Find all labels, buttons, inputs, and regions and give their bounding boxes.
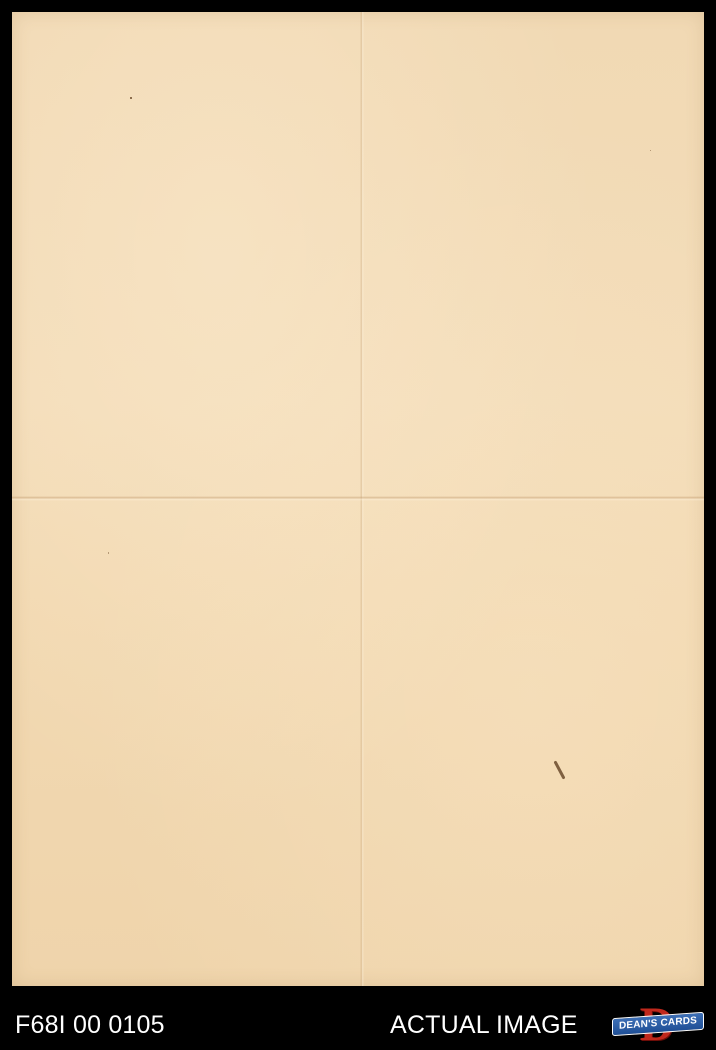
paper-sheet (12, 12, 704, 986)
deans-cards-logo: D DEAN'S CARDS (610, 1003, 706, 1047)
logo-banner: DEAN'S CARDS (612, 1012, 704, 1036)
paper-speck (650, 150, 651, 151)
paper-speck (108, 552, 109, 554)
horizontal-fold-crease (12, 496, 704, 501)
paper-speck (130, 97, 132, 99)
paper-stray-mark (553, 760, 565, 779)
actual-image-label: ACTUAL IMAGE (390, 1011, 578, 1040)
item-code: F68I 00 0105 (15, 1011, 165, 1040)
